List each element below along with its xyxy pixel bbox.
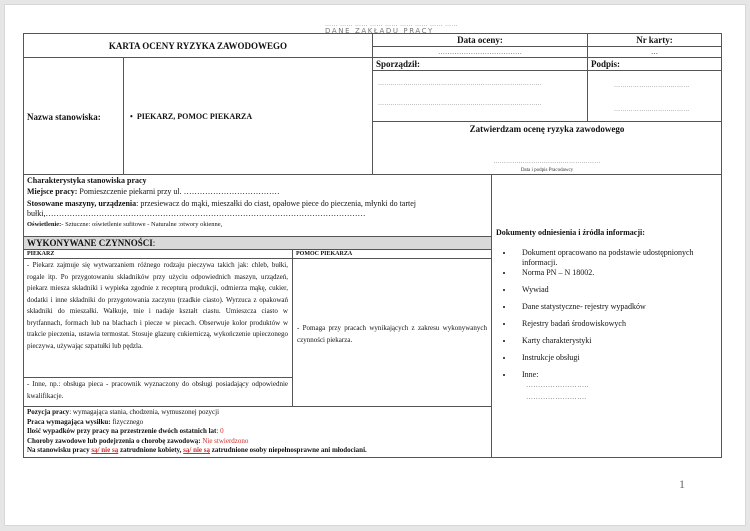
other-reference-line-2[interactable]: ……………………. (526, 393, 586, 401)
characteristics-section: Charakterystyka stanowiska pracy Miejsce… (23, 174, 492, 237)
date-label: Data oceny: (372, 33, 588, 47)
lighting-line: Oświetlenie:- Sztuczne: oświetlenie sufi… (27, 221, 222, 228)
reference-item: Dane statystyczne- rejestry wypadków (514, 302, 717, 312)
references-list: Dokument opracowano na podstawie udostęp… (492, 248, 717, 387)
position-item: • PIEKARZ, POMOC PIEKARZA (130, 112, 252, 121)
position-value: PIEKARZ, POMOC PIEKARZA (137, 112, 252, 121)
other-reference-line-1[interactable]: …………………….. (526, 381, 589, 389)
prepared-by-label: Sporządził: (372, 57, 588, 71)
reference-item: Instrukcje obsługi (514, 353, 717, 363)
diseases-value: Nie stwierdzono (201, 437, 249, 445)
employment-option-disabled[interactable]: są/ nie są (183, 446, 210, 454)
posture-line: Pozycja pracy: wymagająca stania, chodze… (27, 408, 488, 418)
work-conditions-section: Pozycja pracy: wymagająca stania, chodze… (23, 406, 492, 458)
helper-duties: - Pomaga przy pracach wynikających z zak… (297, 323, 487, 346)
prepared-by-field[interactable]: …………………………………………………………………… …………………………………… (372, 70, 588, 122)
card-number-label: Nr karty: (587, 33, 722, 47)
reference-item: Norma PN – N 18002. (514, 268, 717, 278)
bullet-icon: • (130, 112, 133, 121)
effort-line: Praca wymagająca wysiłku: fizycznego (27, 418, 488, 428)
prepared-by-line-1: …………………………………………………………………… (378, 81, 542, 87)
employment-option-women[interactable]: są/ nie są (91, 446, 118, 454)
workplace-line: Miejsce pracy: Pomieszczenie piekarni pr… (27, 187, 280, 196)
approval-signature-line[interactable]: …………………………………………… (373, 159, 721, 165)
diseases-line: Choroby zawodowe lub podejrzenia o choro… (27, 437, 488, 447)
signature-field[interactable]: ……………………………… ……………………………… (587, 70, 722, 122)
approval-cell: Zatwierdzam ocenę ryzyka zawodowego …………… (372, 121, 722, 175)
employment-line: Na stanowisku pracy są/ nie są zatrudnio… (27, 446, 488, 456)
references-section: Dokumenty odniesienia i źródła informacj… (491, 174, 722, 458)
lighting-value: - Sztuczne: oświetlenie sufitowe - Natur… (61, 221, 222, 228)
baker-other-duties: - Inne, np.: obsługa pieca - pracownik w… (23, 377, 293, 407)
baker-duties: - Piekarz zajmuje się wytwarzaniem różne… (23, 258, 293, 378)
document-page: …… …… …… …… …… …… …… …… …… DANE ZAKŁADU … (4, 4, 746, 526)
signature-line-2: ……………………………… (614, 107, 690, 113)
activities-heading: WYKONYWANE CZYNNOŚCI: (23, 236, 492, 250)
reference-item: Wywiad (514, 285, 717, 295)
card-title: KARTA OCENY RYZYKA ZAWODOWEGO (23, 33, 373, 58)
prepared-by-line-2: …………………………………………………………………… (378, 101, 542, 107)
position-label: Nazwa stanowiska: (23, 57, 124, 175)
position-cell: • PIEKARZ, POMOC PIEKARZA (123, 57, 373, 175)
reference-item: Karty charakterystyki (514, 336, 717, 346)
characteristics-heading: Charakterystyka stanowiska pracy (27, 176, 147, 185)
approval-caption: Data i podpis Pracodawcy (373, 168, 721, 173)
helper-duties-cell: - Pomaga przy pracach wynikających z zak… (292, 258, 492, 407)
approval-title: Zatwierdzam ocenę ryzyka zawodowego (373, 124, 721, 134)
signature-line-1: ……………………………… (614, 83, 690, 89)
accidents-line: Ilość wypadków przy pracy na przestrzeni… (27, 427, 488, 437)
page-number: 1 (679, 477, 685, 492)
signature-label: Podpis: (587, 57, 722, 71)
reference-item: Rejestry badań środowiskowych (514, 319, 717, 329)
references-heading: Dokumenty odniesienia i źródła informacj… (496, 228, 645, 237)
machines-line: Stosowane maszyny, urządzenia: przesiewa… (27, 199, 487, 219)
workplace-value: Pomieszczenie piekarni przy ul. ……………………… (79, 187, 279, 196)
reference-item: Dokument opracowano na podstawie udostęp… (514, 248, 717, 268)
accidents-count: 0 (220, 427, 224, 435)
reference-item: Inne: (514, 370, 717, 380)
